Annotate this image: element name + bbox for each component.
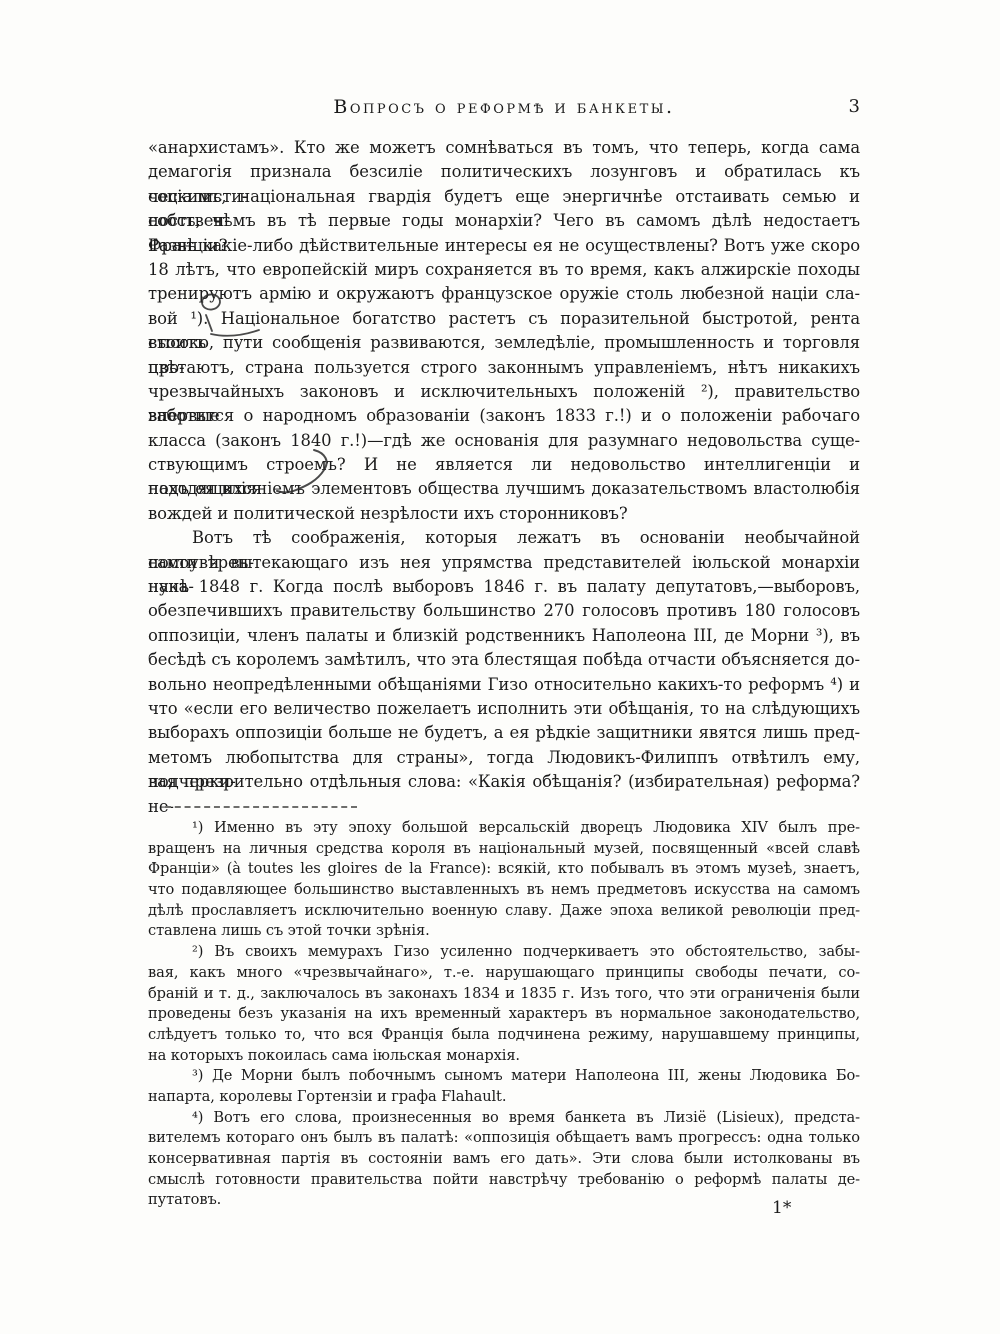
text-line: на которыхъ покоилась сама іюльская мона…	[148, 1046, 860, 1067]
text-line: заботится о народномъ образованіи (закон…	[148, 404, 860, 428]
text-line: нунѣ 1848 г. Когда послѣ выборовъ 1846 г…	[148, 575, 860, 599]
text-line: путатовъ.	[148, 1190, 860, 1211]
text-line: вождей и политической незрѣлости ихъ сто…	[148, 502, 860, 526]
signature-mark: 1*	[772, 1198, 791, 1218]
text-line: тренируютъ армію и окружаютъ французское…	[148, 282, 860, 306]
text-line: Вотъ тѣ соображенія, которыя лежатъ въ о…	[148, 526, 860, 550]
text-line: консервативная партія въ состояніи вамъ …	[148, 1149, 860, 1170]
text-line: класса (законъ 1840 г.!)—гдѣ же основані…	[148, 429, 860, 453]
text-line: подъ ея вліяніемъ элементовъ общества лу…	[148, 477, 860, 501]
text-line: напарта, королевы Гортензіи и графа Flah…	[148, 1087, 860, 1108]
footnote-separator	[165, 806, 357, 808]
page-header: Вопросъ о реформѣ и банкеты. 3	[148, 94, 860, 120]
text-line: Развѣ какіе-либо дѣйствительные интересы…	[148, 234, 860, 258]
text-line: слѣдуетъ только то, что вся Франція была…	[148, 1025, 860, 1046]
text-line: высоко, пути сообщенія развиваются, земл…	[148, 331, 860, 355]
text-line: «анархистамъ». Кто же можетъ сомнѣваться…	[148, 136, 860, 160]
text-line: демагогія признала безсиліе политических…	[148, 160, 860, 184]
text-line: смыслѣ готовности правительства пойти на…	[148, 1170, 860, 1191]
text-line: ческимъ, національная гвардія будетъ еще…	[148, 185, 860, 209]
text-line: вая презрительно отдѣльныя слова: «Какія…	[148, 770, 860, 794]
text-line: что «если его величество пожелаетъ испол…	[148, 697, 860, 721]
text-line: проведены безъ указанія на ихъ временный…	[148, 1004, 860, 1025]
text-line: метомъ любопытства для страны», тогда Лю…	[148, 746, 860, 770]
text-line: обезпечившихъ правительству большинство …	[148, 599, 860, 623]
text-line: бесѣдѣ съ королемъ замѣтилъ, что эта бле…	[148, 648, 860, 672]
text-line: ности и вытекающаго изъ нея упрямства пр…	[148, 551, 860, 575]
text-line: цвѣтаютъ, страна пользуется строго закон…	[148, 356, 860, 380]
text-line: вой ¹). Національное богатство растетъ с…	[148, 307, 860, 331]
body-text: «анархистамъ». Кто же можетъ сомнѣваться…	[148, 136, 860, 795]
text-line: что подавляющее большинство выставленных…	[148, 880, 860, 901]
text-line: Франціи» (à toutes les gloires de la Fra…	[148, 859, 860, 880]
text-line: ность, чѣмъ въ тѣ первые годы монархіи? …	[148, 209, 860, 233]
text-line: вольно неопредѣленными обѣщаніями Гизо о…	[148, 673, 860, 697]
text-line: ⁴) Вотъ его слова, произнесенныя во врем…	[148, 1108, 860, 1129]
page-number: 3	[849, 94, 860, 120]
text-line: вращенъ на личныя средства короля въ нац…	[148, 839, 860, 860]
text-line: браній и т. д., заключалось въ законахъ …	[148, 984, 860, 1005]
text-line: выборахъ оппозиціи больше не будетъ, а е…	[148, 721, 860, 745]
text-line: чрезвычайныхъ законовъ и исключительныхъ…	[148, 380, 860, 404]
footnotes: ¹) Именно въ эту эпоху большой версальск…	[148, 818, 860, 1211]
book-page: Вопросъ о реформѣ и банкеты. 3 «анархист…	[0, 0, 1000, 1334]
text-line: вителемъ котораго онъ былъ въ палатѣ: «о…	[148, 1128, 860, 1149]
text-line: вая, какъ много «чрезвычайнаго», т.-е. н…	[148, 963, 860, 984]
text-line: ставлена лишь съ этой точки зрѣнія.	[148, 921, 860, 942]
text-line: ¹) Именно въ эту эпоху большой версальск…	[148, 818, 860, 839]
running-title: Вопросъ о реформѣ и банкеты.	[148, 94, 860, 120]
text-line: ³) Де Морни былъ побочнымъ сыномъ матери…	[148, 1066, 860, 1087]
text-line: ствующимъ строемъ? И не является ли недо…	[148, 453, 860, 477]
text-line: 18 лѣтъ, что европейскій миръ сохраняетс…	[148, 258, 860, 282]
text-line: ²) Въ своихъ мемурахъ Гизо усиленно подч…	[148, 942, 860, 963]
text-line: дѣлѣ прославляетъ исключительно военную …	[148, 901, 860, 922]
text-line: оппозиціи, членъ палаты и близкій родств…	[148, 624, 860, 648]
